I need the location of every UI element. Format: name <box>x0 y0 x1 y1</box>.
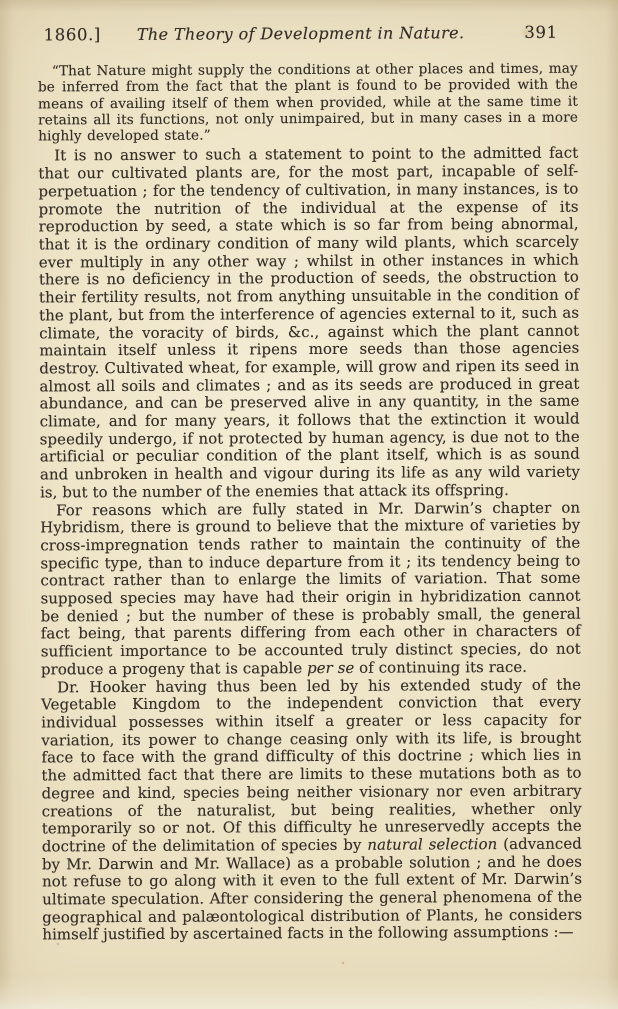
text-segment-italic: per se <box>307 659 354 677</box>
text-segment: of continuing its race. <box>354 658 527 677</box>
paragraph-hooker-natural-selection: Dr. Hooker having thus been led by his e… <box>41 676 582 944</box>
page-title: The Theory of Development in Nature. <box>116 23 486 44</box>
text-segment-italic: natural selection <box>367 835 497 854</box>
text-segment: For reasons which are fully stated in Mr… <box>40 498 581 678</box>
paragraph-hybridism: For reasons which are fully stated in Mr… <box>40 499 581 679</box>
date-label: 1860.] <box>38 25 116 44</box>
page-content: 1860.] The Theory of Development in Natu… <box>38 23 583 945</box>
page-number: 391 <box>486 23 578 42</box>
running-head: 1860.] The Theory of Development in Natu… <box>38 23 578 45</box>
paragraph-cultivated-plants: It is no answer to such a statement to p… <box>38 145 580 502</box>
scanned-book-page: 1860.] The Theory of Development in Natu… <box>0 0 618 1009</box>
text-segment: Dr. Hooker having thus been led by his e… <box>41 675 582 855</box>
quoted-passage: “That Nature might supply the conditions… <box>38 61 578 145</box>
